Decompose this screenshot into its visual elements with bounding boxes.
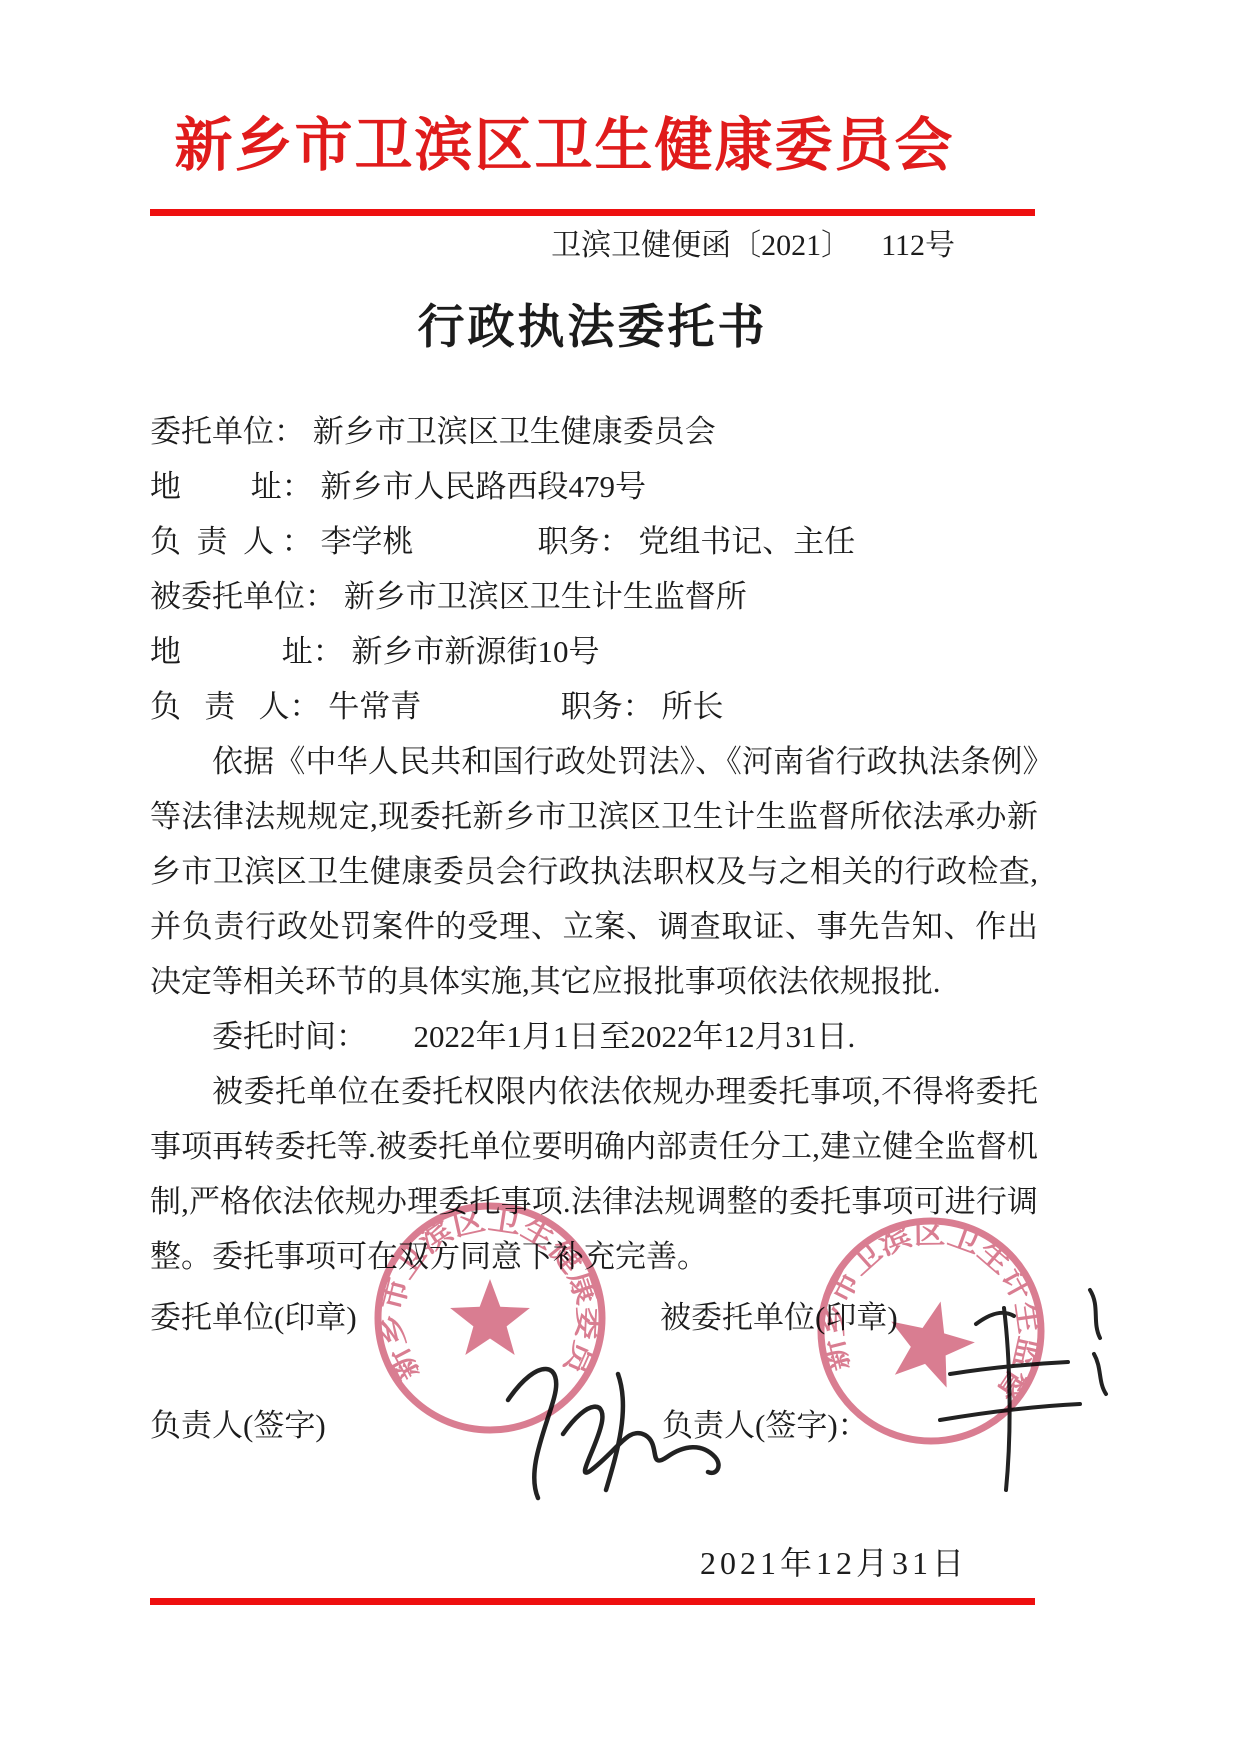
info-line-person-2: 负 责 人： 牛常青 职务： 所长 — [150, 679, 1038, 734]
info-line-person-1: 负 责 人 ： 李学桃 职务： 党组书记、主任 — [150, 514, 1038, 569]
info-line-entrusting-unit: 委托单位： 新乡市卫滨区卫生健康委员会 — [150, 404, 1038, 459]
paragraph-legal-basis: 依据《中华人民共和国行政处罚法》、《河南省行政执法条例》等法律法规规定,现委托新… — [150, 734, 1038, 1009]
document-body: 委托单位： 新乡市卫滨区卫生健康委员会 地 址： 新乡市人民路西段479号 负 … — [150, 404, 1038, 1284]
date-line: 2021年12月31日 — [700, 1538, 968, 1584]
info-line-address-1: 地 址： 新乡市人民路西段479号 — [150, 459, 1038, 514]
signature-label-left: 负责人(签字) — [150, 1400, 326, 1445]
info-line-address-2: 地 址： 新乡市新源街10号 — [150, 624, 1038, 679]
doc-number: 卫滨卫健便函〔2021〕 112号 — [150, 220, 955, 264]
seal-label-entrusting: 委托单位(印章) — [150, 1292, 357, 1337]
page-title: 行政执法委托书 — [150, 290, 1035, 357]
document-page: 新乡市卫滨区卫生健康委员会 卫滨卫健便函〔2021〕 112号 行政执法委托书 … — [0, 0, 1243, 1755]
signature-left — [468, 1338, 768, 1508]
signature-right — [918, 1262, 1138, 1512]
info-line-entrusted-unit: 被委托单位： 新乡市卫滨区卫生计生监督所 — [150, 569, 1038, 624]
red-rule-top — [150, 209, 1035, 216]
red-rule-bottom — [150, 1598, 1035, 1605]
agency-header-title: 新乡市卫滨区卫生健康委员会 — [122, 98, 1007, 182]
paragraph-entrust-period: 委托时间： 2022年1月1日至2022年12月31日. — [150, 1009, 1038, 1064]
